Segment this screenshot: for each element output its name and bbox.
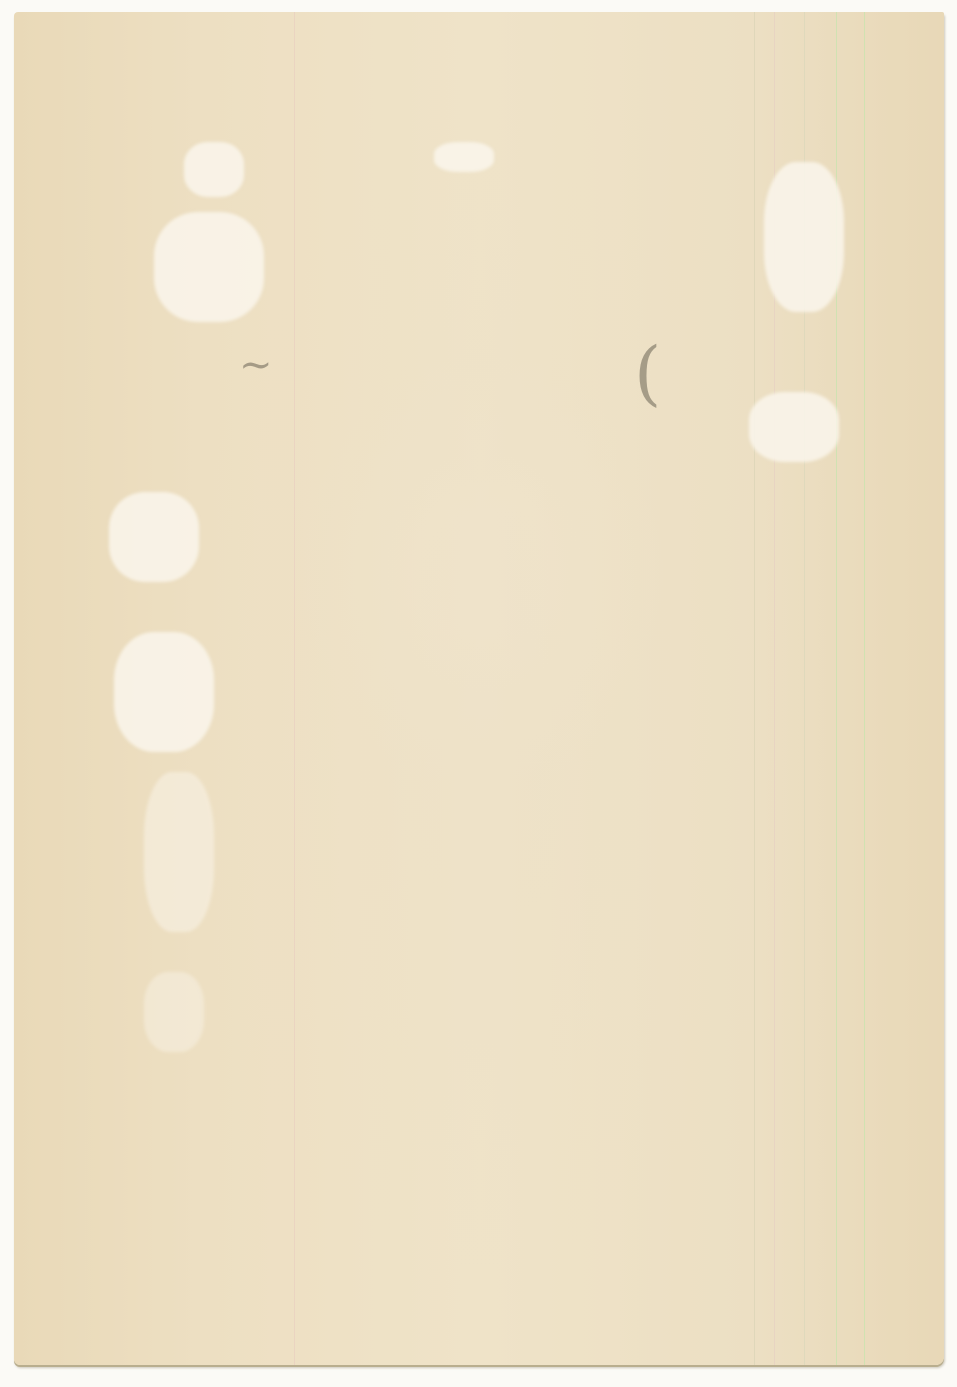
peel-mark bbox=[184, 142, 244, 197]
pencil-mark-right: ( bbox=[634, 332, 661, 414]
peel-mark bbox=[764, 162, 844, 312]
pencil-mark-left: ~ bbox=[239, 342, 273, 388]
scan-line bbox=[754, 12, 755, 1365]
peel-mark bbox=[434, 142, 494, 172]
scan-line bbox=[294, 12, 295, 1365]
peel-mark bbox=[154, 212, 264, 322]
peel-mark bbox=[144, 772, 214, 932]
peel-mark bbox=[109, 492, 199, 582]
peel-mark bbox=[749, 392, 839, 462]
card-back: ~ ( bbox=[14, 12, 944, 1365]
peel-mark bbox=[144, 972, 204, 1052]
peel-mark bbox=[114, 632, 214, 752]
scan-line bbox=[864, 12, 865, 1365]
